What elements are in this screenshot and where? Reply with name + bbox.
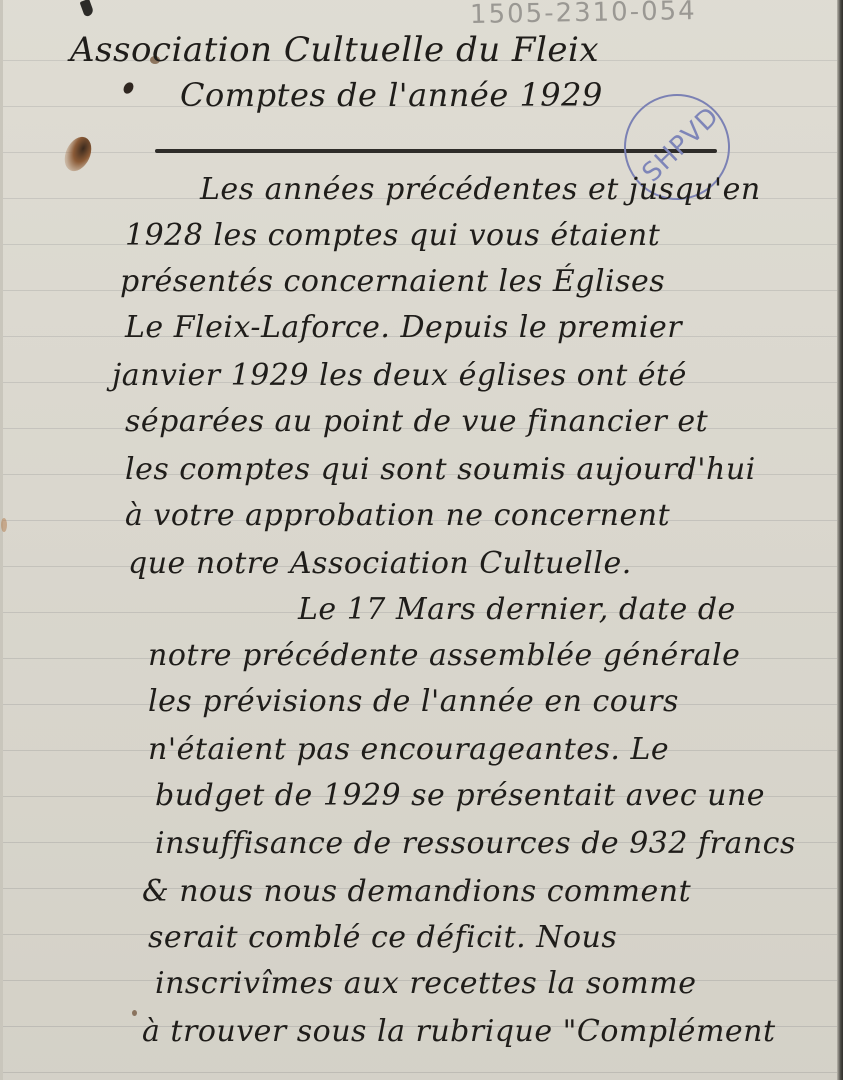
heading-association: Association Cultuelle du Fleix — [70, 30, 599, 70]
text-line: les prévisions de l'année en cours — [148, 684, 679, 719]
ink-blot — [80, 0, 95, 17]
text-line: inscrivîmes aux recettes la somme — [155, 966, 696, 1001]
text-line: Le 17 Mars dernier, date de — [298, 592, 736, 627]
text-line: insuffisance de ressources de 932 francs — [155, 826, 796, 861]
page-right-edge — [837, 0, 843, 1080]
ink-stain — [122, 81, 136, 96]
text-line: séparées au point de vue financier et — [125, 404, 708, 439]
rust-stain — [1, 518, 7, 532]
text-line: présentés concernaient les Églises — [120, 264, 665, 299]
heading-accounts-year: Comptes de l'année 1929 — [180, 76, 603, 114]
text-line: les comptes qui sont soumis aujourd'hui — [125, 452, 756, 487]
text-line: que notre Association Cultuelle. — [128, 546, 632, 581]
manuscript-page: 1505-2310-054 Association Cultuelle du F… — [0, 0, 843, 1080]
rust-stain — [60, 133, 97, 176]
text-line: à trouver sous la rubrique "Complément — [142, 1014, 776, 1049]
text-line: notre précédente assemblée générale — [148, 638, 740, 673]
archive-reference: 1505-2310-054 — [470, 0, 697, 30]
text-line: budget de 1929 se présentait avec une — [155, 778, 765, 813]
text-line: n'étaient pas encourageantes. Le — [148, 732, 669, 767]
text-line: 1928 les comptes qui vous étaient — [125, 218, 660, 253]
ink-stain — [132, 1010, 137, 1016]
text-line: janvier 1929 les deux églises ont été — [112, 358, 687, 393]
text-line: Les années précédentes et jusqu'en — [200, 172, 761, 207]
text-line: serait comblé ce déficit. Nous — [148, 920, 617, 955]
text-line: à votre approbation ne concernent — [125, 498, 670, 533]
text-line: Le Fleix-Laforce. Depuis le premier — [125, 310, 682, 345]
page-left-edge — [0, 0, 3, 1080]
text-line: & nous nous demandions comment — [142, 874, 691, 909]
